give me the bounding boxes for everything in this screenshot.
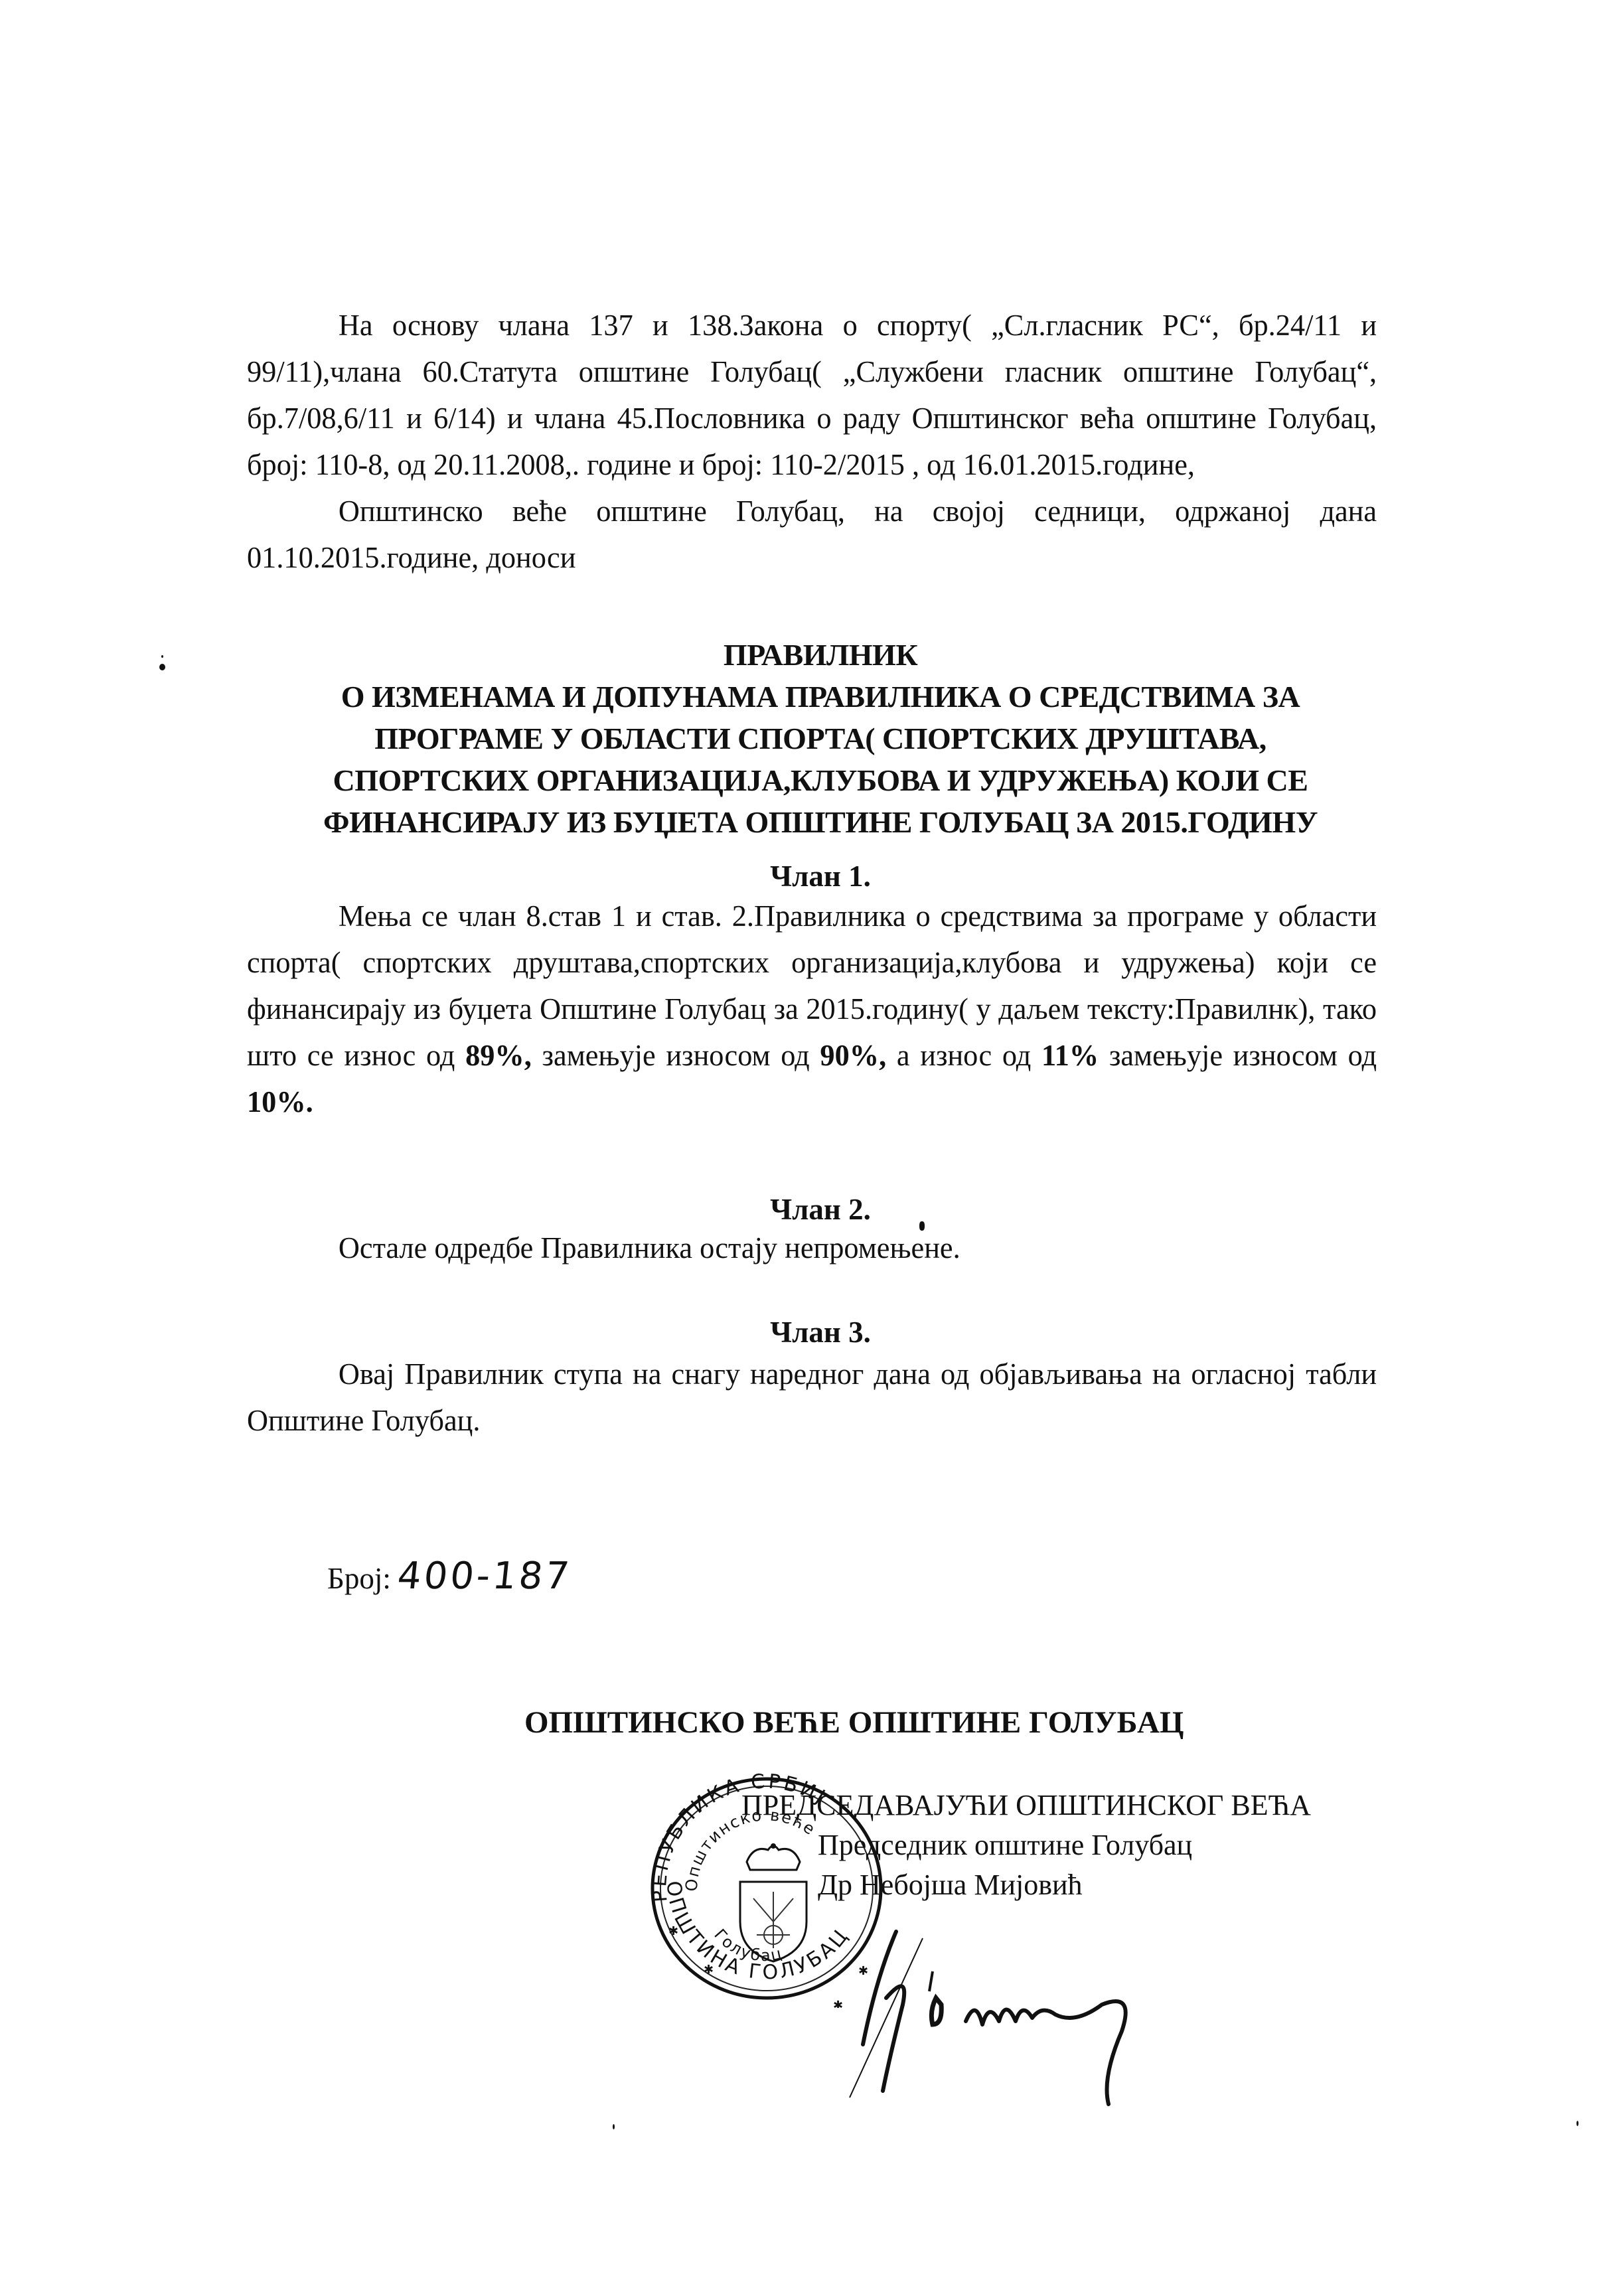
- document-page: На основу члана 137 и 138.Закона о спорт…: [0, 0, 1613, 2296]
- signatory-title: Председник општине Голубац: [818, 1825, 1192, 1865]
- document-title-line: ФИНАНСИРАЈУ ИЗ БУЏЕТА ОПШТИНЕ ГОЛУБАЦ ЗА…: [247, 801, 1394, 843]
- document-title-line: ПРОГРАМЕ У ОБЛАСТИ СПОРТА( СПОРТСКИХ ДРУ…: [247, 718, 1394, 759]
- scan-speck: [613, 2124, 615, 2129]
- scan-speck: [159, 664, 165, 670]
- preamble: На основу члана 137 и 138.Закона о спорт…: [247, 302, 1394, 581]
- handwritten-reference-number: 400-187: [395, 1553, 574, 1600]
- signatory-name: Др Небојша Мијовић: [818, 1865, 1083, 1905]
- article-2-text: Остале одредбе Правилника остају непроме…: [247, 1225, 1377, 1271]
- svg-text:✱: ✱: [704, 1963, 714, 1976]
- document-title-heading: ПРАВИЛНИК: [247, 634, 1394, 676]
- reference-number: Број:400-187: [327, 1553, 572, 1602]
- document-title-line: О ИЗМЕНАМА И ДОПУНАМА ПРАВИЛНИКА О СРЕДС…: [247, 676, 1394, 718]
- signatory-role: ПРЕДСЕДАВАЈУЋИ ОПШТИНСКОГ ВЕЋА: [741, 1786, 1311, 1825]
- reference-label: Број:: [327, 1562, 391, 1595]
- article-3-text: Овај Правилник ступа на снагу наредног д…: [247, 1351, 1377, 1444]
- handwritten-signature-icon: [823, 1925, 1288, 2111]
- scan-speck: [161, 655, 163, 658]
- article-1-text-part: замењује износом од: [532, 1039, 820, 1072]
- article-2-heading: Члан 2.: [247, 1189, 1394, 1229]
- document-title-line: СПОРТСКИХ ОРГАНИЗАЦИЈА,КЛУБОВА И УДРУЖЕЊ…: [247, 759, 1394, 801]
- article-1-body: Мења се члан 8.став 1 и став. 2.Правилни…: [247, 893, 1394, 1125]
- article-1-text: Мења се члан 8.став 1 и став. 2.Правилни…: [247, 893, 1377, 1125]
- old-percentage-2: 11%: [1041, 1039, 1099, 1072]
- article-3-body: Овај Правилник ступа на снагу наредног д…: [247, 1351, 1394, 1444]
- article-3-heading: Члан 3.: [247, 1312, 1394, 1352]
- article-1-text-part: а износ од: [886, 1039, 1041, 1072]
- council-name: ОПШТИНСКО ВЕЋЕ ОПШТИНЕ ГОЛУБАЦ: [524, 1703, 1184, 1742]
- coat-of-arms-icon: [740, 1843, 806, 1961]
- svg-text:✱: ✱: [668, 1924, 678, 1938]
- old-percentage-1: 89%,: [465, 1039, 532, 1072]
- article-2-body: Остале одредбе Правилника остају непроме…: [247, 1225, 1394, 1271]
- new-percentage-1: 90%,: [820, 1039, 886, 1072]
- new-percentage-2: 10%.: [247, 1085, 313, 1118]
- preamble-paragraph-1: На основу члана 137 и 138.Закона о спорт…: [247, 302, 1377, 488]
- article-1-heading: Члан 1.: [247, 856, 1394, 896]
- article-1-text-part: замењује износом од: [1099, 1039, 1377, 1072]
- preamble-paragraph-2: Општинско веће општине Голубац, на својо…: [247, 488, 1377, 581]
- scan-speck: [1576, 2121, 1578, 2126]
